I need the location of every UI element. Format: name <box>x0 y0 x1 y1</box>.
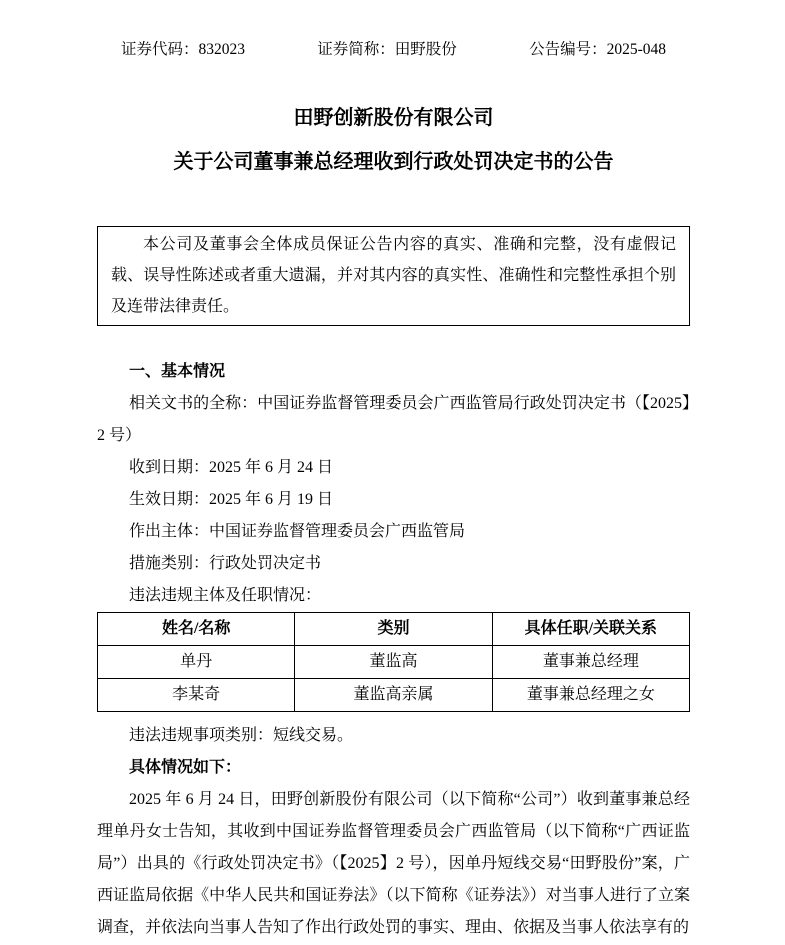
cell-position: 董事兼总经理之女 <box>492 679 689 712</box>
stock-short-name: 证券简称：田野股份 <box>317 40 457 60</box>
details-label-line: 具体情况如下： <box>97 752 690 784</box>
effective-date-line: 生效日期：2025 年 6 月 19 日 <box>97 484 690 516</box>
announcement-title: 关于公司董事兼总经理收到行政处罚决定书的公告 <box>97 148 690 176</box>
table-header-category: 类别 <box>295 613 492 646</box>
table-row: 单丹 董监高 董事兼总经理 <box>98 646 690 679</box>
disclaimer-box: 本公司及董事会全体成员保证公告内容的真实、准确和完整，没有虚假记载、误导性陈述或… <box>97 226 690 326</box>
announcement-number: 公告编号：2025-048 <box>529 40 666 60</box>
cell-category: 董监高 <box>295 646 492 679</box>
table-header-position: 具体任职/关联关系 <box>492 613 689 646</box>
measure-type-line: 措施类别：行政处罚决定书 <box>97 548 690 580</box>
violation-category-line: 违法违规事项类别：短线交易。 <box>97 720 690 752</box>
violation-subjects-table: 姓名/名称 类别 具体任职/关联关系 单丹 董监高 董事兼总经理 李某奇 董监高… <box>97 612 690 712</box>
company-title: 田野创新股份有限公司 <box>97 104 690 132</box>
stock-code: 证券代码：832023 <box>121 40 245 60</box>
receive-date-line: 收到日期：2025 年 6 月 24 日 <box>97 452 690 484</box>
subjects-label-line: 违法违规主体及任职情况： <box>97 580 690 612</box>
table-header-row: 姓名/名称 类别 具体任职/关联关系 <box>98 613 690 646</box>
issuing-authority-line: 作出主体：中国证券监督管理委员会广西监管局 <box>97 516 690 548</box>
cell-name: 李某奇 <box>98 679 295 712</box>
table-row: 李某奇 董监高亲属 董事兼总经理之女 <box>98 679 690 712</box>
disclaimer-text: 本公司及董事会全体成员保证公告内容的真实、准确和完整，没有虚假记载、误导性陈述或… <box>111 229 676 322</box>
details-paragraph: 2025 年 6 月 24 日，田野创新股份有限公司（以下简称“公司”）收到董事… <box>97 784 690 944</box>
document-page: 证券代码：832023 证券简称：田野股份 公告编号：2025-048 田野创新… <box>0 0 785 945</box>
doc-full-name-line: 相关文书的全称：中国证券监督管理委员会广西监管局行政处罚决定书（【2025】2 … <box>97 388 690 452</box>
cell-category: 董监高亲属 <box>295 679 492 712</box>
cell-position: 董事兼总经理 <box>492 646 689 679</box>
section-heading-basic-info: 一、基本情况 <box>97 356 690 388</box>
cell-name: 单丹 <box>98 646 295 679</box>
table-header-name: 姓名/名称 <box>98 613 295 646</box>
securities-header: 证券代码：832023 证券简称：田野股份 公告编号：2025-048 <box>97 0 690 60</box>
